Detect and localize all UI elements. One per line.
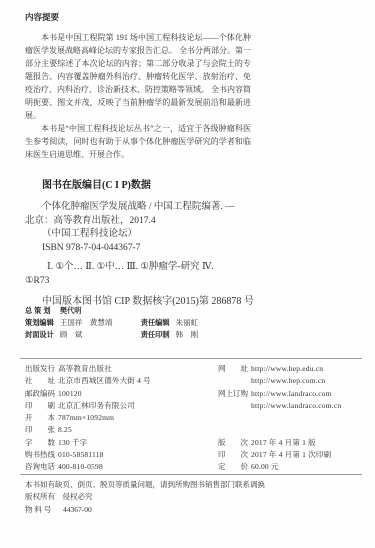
cip-classification-line: Ⅰ. ①个… Ⅱ. ①中… Ⅲ. ①肿瘤学-研究 Ⅳ. <box>25 261 293 275</box>
pub-row-online-order-2: http://www.landraco.com.cn <box>218 400 368 412</box>
book-copyright-page: 内容提要 本书是中国工程院第 191 场中国工程科技论坛——个体化肿瘤医学发展战… <box>0 0 375 548</box>
pub-value: 010-58581118 <box>58 450 104 459</box>
pub-value: 130 千字 <box>58 438 87 447</box>
cip-isbn: ISBN 978-7-04-044367-7 <box>25 242 293 256</box>
copyright-notice: 版权所有 侵权必究 <box>25 491 355 503</box>
divider-rule-top <box>20 358 362 359</box>
pub-label: 购书热线 <box>25 449 58 461</box>
summary-paragraph-1: 本书是中国工程院第 191 场中国工程科技论坛——个体化肿瘤医学发展战略高峰论坛… <box>25 31 251 122</box>
credit-row-cover-design: 封面设计 顾 斌 责任印制 韩 刚 <box>25 329 345 341</box>
pub-row-empty <box>218 424 368 436</box>
pub-row-sheets: 印 张8.25 <box>25 424 215 436</box>
pub-row-website: 网 址http://www.hep.edu.cn <box>218 363 368 375</box>
divider-rule-bottom <box>20 474 362 475</box>
cip-heading: 图书在版编目(C I P)数据 <box>42 176 293 191</box>
pub-value: 2017 年 4 月第 1 版 <box>251 438 316 447</box>
quality-note: 本书如有缺页、倒页、脱页等质量问题，请到所购图书销售部门联系调换 <box>25 479 355 491</box>
cip-title-line: 个体化肿瘤医学发展战略 / 中国工程院编著. — <box>25 201 293 215</box>
pub-row-postcode: 邮政编码100120 <box>25 388 215 400</box>
summary-heading: 内容提要 <box>25 11 251 23</box>
pub-label: 开 本 <box>25 412 58 424</box>
pub-row-printer: 印 刷北京汇林印务有限公司 <box>25 400 215 412</box>
credit-row-planning-editors: 策划编辑 王国祥 黄慧靖 责任编辑 朱丽虹 <box>25 317 345 329</box>
pub-label: 社 址 <box>25 375 58 387</box>
credit-label: 策划编辑 <box>25 317 58 329</box>
pub-value: 787mm×1092mm <box>58 413 114 422</box>
pub-label: 网上订购 <box>218 388 251 400</box>
cip-data-section: 图书在版编目(C I P)数据 个体化肿瘤医学发展战略 / 中国工程院编著. —… <box>25 176 293 309</box>
pub-row-address: 社 址北京市西城区德外大街 4 号 <box>25 375 215 387</box>
cip-publisher-line: 北京：高等教育出版社，2017.4 <box>25 215 293 229</box>
summary-paragraph-2: 本书是“中国工程科技论坛丛书”之一，适宜于各级肿瘤科医生参考阅读，同时也有助于从… <box>25 122 251 161</box>
pub-row-impression: 印 次2017 年 4 月第 1 次印刷 <box>218 449 368 461</box>
material-number-label: 物 料 号 <box>25 504 63 516</box>
publication-info-right-column: 网 址http://www.hep.edu.cn http://www.hep.… <box>218 363 368 474</box>
credit-name: 韩 刚 <box>176 329 255 341</box>
pub-row-empty <box>218 412 368 424</box>
pub-url: http://www.landraco.com.cn <box>251 401 341 410</box>
credit-label: 封面设计 <box>25 329 58 341</box>
credit-row-chief-planner: 总 策 划 樊代明 <box>25 305 345 317</box>
credit-name: 樊代明 <box>60 305 139 317</box>
pub-url: http://www.hep.com.cn <box>251 376 325 385</box>
pub-label: 版 次 <box>218 437 251 449</box>
cip-series-line: （中国工程科技论坛） <box>25 228 293 242</box>
footer-notes-section: 本书如有缺页、倒页、脱页等质量问题，请到所购图书销售部门联系调换 版权所有 侵权… <box>25 479 355 516</box>
pub-row-publisher: 出版发行高等教育出版社 <box>25 363 215 375</box>
pub-value: 60.00 元 <box>251 462 279 471</box>
pub-url: http://www.landraco.com <box>251 389 332 398</box>
pub-row-wordcount: 字 数130 千字 <box>25 437 215 449</box>
pub-row-format: 开 本787mm×1092mm <box>25 412 215 424</box>
pub-row-edition: 版 次2017 年 4 月第 1 版 <box>218 437 368 449</box>
pub-label: 邮政编码 <box>25 388 58 400</box>
credit-label: 总 策 划 <box>25 305 58 317</box>
pub-value: 高等教育出版社 <box>58 364 112 373</box>
pub-label: 印 张 <box>25 424 58 436</box>
pub-value: 8.25 <box>58 425 72 434</box>
pub-label: 字 数 <box>25 437 58 449</box>
pub-label: 出版发行 <box>25 363 58 375</box>
pub-label: 印 刷 <box>25 400 58 412</box>
credit-label: 责任印制 <box>141 329 174 341</box>
content-summary-section: 内容提要 本书是中国工程院第 191 场中国工程科技论坛——个体化肿瘤医学发展战… <box>25 11 251 161</box>
pub-label: 咨询电话 <box>25 461 58 473</box>
pub-row-order-hotline: 购书热线010-58581118 <box>25 449 215 461</box>
credit-name: 顾 斌 <box>60 329 139 341</box>
pub-label: 定 价 <box>218 461 251 473</box>
pub-value: 2017 年 4 月第 1 次印刷 <box>251 450 331 459</box>
cip-classification-line-2: ①R73 <box>25 275 293 289</box>
material-number-row: 物 料 号44367-00 <box>25 504 355 516</box>
pub-row-online-order: 网上订购http://www.landraco.com <box>218 388 368 400</box>
pub-row-inquiry-phone: 咨询电话400-810-0598 <box>25 461 215 473</box>
pub-label: 网 址 <box>218 363 251 375</box>
pub-value: 100120 <box>58 389 82 398</box>
pub-row-price: 定 价60.00 元 <box>218 461 368 473</box>
pub-value: 北京汇林印务有限公司 <box>58 401 135 410</box>
pub-value: 北京市西城区德外大街 4 号 <box>58 376 151 385</box>
pub-label: 印 次 <box>218 449 251 461</box>
pub-value: 400-810-0598 <box>58 462 103 471</box>
staff-credits-section: 总 策 划 樊代明 策划编辑 王国祥 黄慧靖 责任编辑 朱丽虹 封面设计 顾 斌… <box>25 305 345 341</box>
credit-name: 王国祥 黄慧靖 <box>60 317 139 329</box>
publication-info-left-column: 出版发行高等教育出版社 社 址北京市西城区德外大街 4 号 邮政编码100120… <box>25 363 215 474</box>
pub-row-website-2: http://www.hep.com.cn <box>218 375 368 387</box>
credit-name: 朱丽虹 <box>176 317 255 329</box>
credit-label: 责任编辑 <box>141 317 174 329</box>
material-number-value: 44367-00 <box>63 505 92 514</box>
pub-url: http://www.hep.edu.cn <box>251 364 323 373</box>
